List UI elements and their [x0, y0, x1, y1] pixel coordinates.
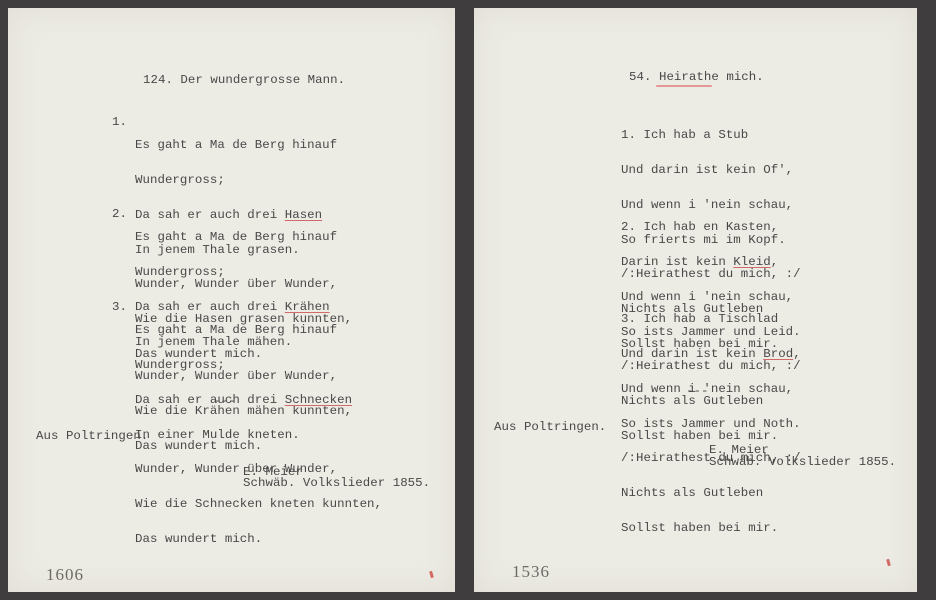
archive-number: 1536 — [512, 562, 550, 582]
stanza-number: 3. — [112, 302, 127, 314]
verse-line: Es gaht a Ma de Berg hinauf — [135, 325, 382, 337]
stanza-3: 3. Ich hab a Tischlad Und darin ist kein… — [621, 291, 801, 558]
section-separator: --- — [213, 396, 235, 408]
red-underlined-word: Kleid — [733, 255, 770, 269]
origin-note: Aus Poltringen. — [36, 431, 148, 443]
right-document-page: 54. Heirathe mich. 1. Ich hab a Stub Und… — [474, 8, 917, 592]
stanza-number: 3. — [621, 312, 636, 326]
stanza-number: 1. — [112, 117, 127, 129]
stanza-number: 2. — [621, 220, 636, 234]
red-pencil-mark — [886, 559, 891, 567]
source-title: Schwäb. Volkslieder 1855. — [709, 457, 896, 469]
red-underlined-word: Brod — [763, 347, 793, 361]
verse-line: In einer Mulde kneten. — [135, 430, 382, 442]
verse-line: Da sah er auch drei Schnecken — [135, 395, 382, 407]
verse-line: Wundergross; — [135, 360, 382, 372]
red-pencil-underline — [656, 85, 712, 87]
title-underlined-word: Heirathe — [659, 70, 719, 84]
verse-line: 1. Ich hab a Stub — [621, 130, 801, 142]
verse-line: Nichts als Gutleben — [621, 488, 801, 500]
stanza-1: 1. Es gaht a Ma de Berg hinauf Wundergro… — [112, 117, 142, 163]
red-underlined-word: Schnecken — [285, 393, 352, 407]
verse-line: Es gaht a Ma de Berg hinauf — [135, 232, 352, 244]
verse-line: Wie die Schnecken kneten kunnten, — [135, 499, 382, 511]
stanza-number: 2. — [112, 209, 127, 221]
verse-line: 2. Ich hab en Kasten, — [621, 222, 801, 234]
stanza-3: 3. Es gaht a Ma de Berg hinauf Wundergro… — [112, 302, 142, 348]
archive-number: 1606 — [46, 565, 84, 585]
song-title: 124. Der wundergrosse Mann. — [143, 75, 345, 87]
verse-line: Sollst haben bei mir. — [621, 523, 801, 535]
section-separator: --- — [686, 386, 708, 398]
song-title: 54. Heirathe mich. — [629, 72, 764, 84]
verse-line: Und darin ist kein Brod, — [621, 349, 801, 361]
verse-line: Wundergross; — [135, 267, 352, 279]
verse-line: So ists Jammer und Noth. — [621, 419, 801, 431]
red-pencil-mark — [429, 571, 434, 579]
stanza-number: 1. — [621, 128, 636, 142]
source-title: Schwäb. Volkslieder 1855. — [243, 478, 430, 490]
left-document-page: 124. Der wundergrosse Mann. 1. Es gaht a… — [8, 8, 455, 592]
verse-line: Das wundert mich. — [135, 534, 382, 546]
verse-line: Darin ist kein Kleid, — [621, 257, 801, 269]
verse-line: Wundergross; — [135, 175, 352, 187]
origin-note: Aus Poltringen. — [494, 422, 606, 434]
verse-line: Es gaht a Ma de Berg hinauf — [135, 140, 352, 152]
stanza-2: 2. Es gaht a Ma de Berg hinauf Wundergro… — [112, 209, 142, 255]
verse-line: 3. Ich hab a Tischlad — [621, 314, 801, 326]
verse-line: Und wenn i 'nein schau, — [621, 384, 801, 396]
verse-line: Und darin ist kein Of', — [621, 165, 801, 177]
